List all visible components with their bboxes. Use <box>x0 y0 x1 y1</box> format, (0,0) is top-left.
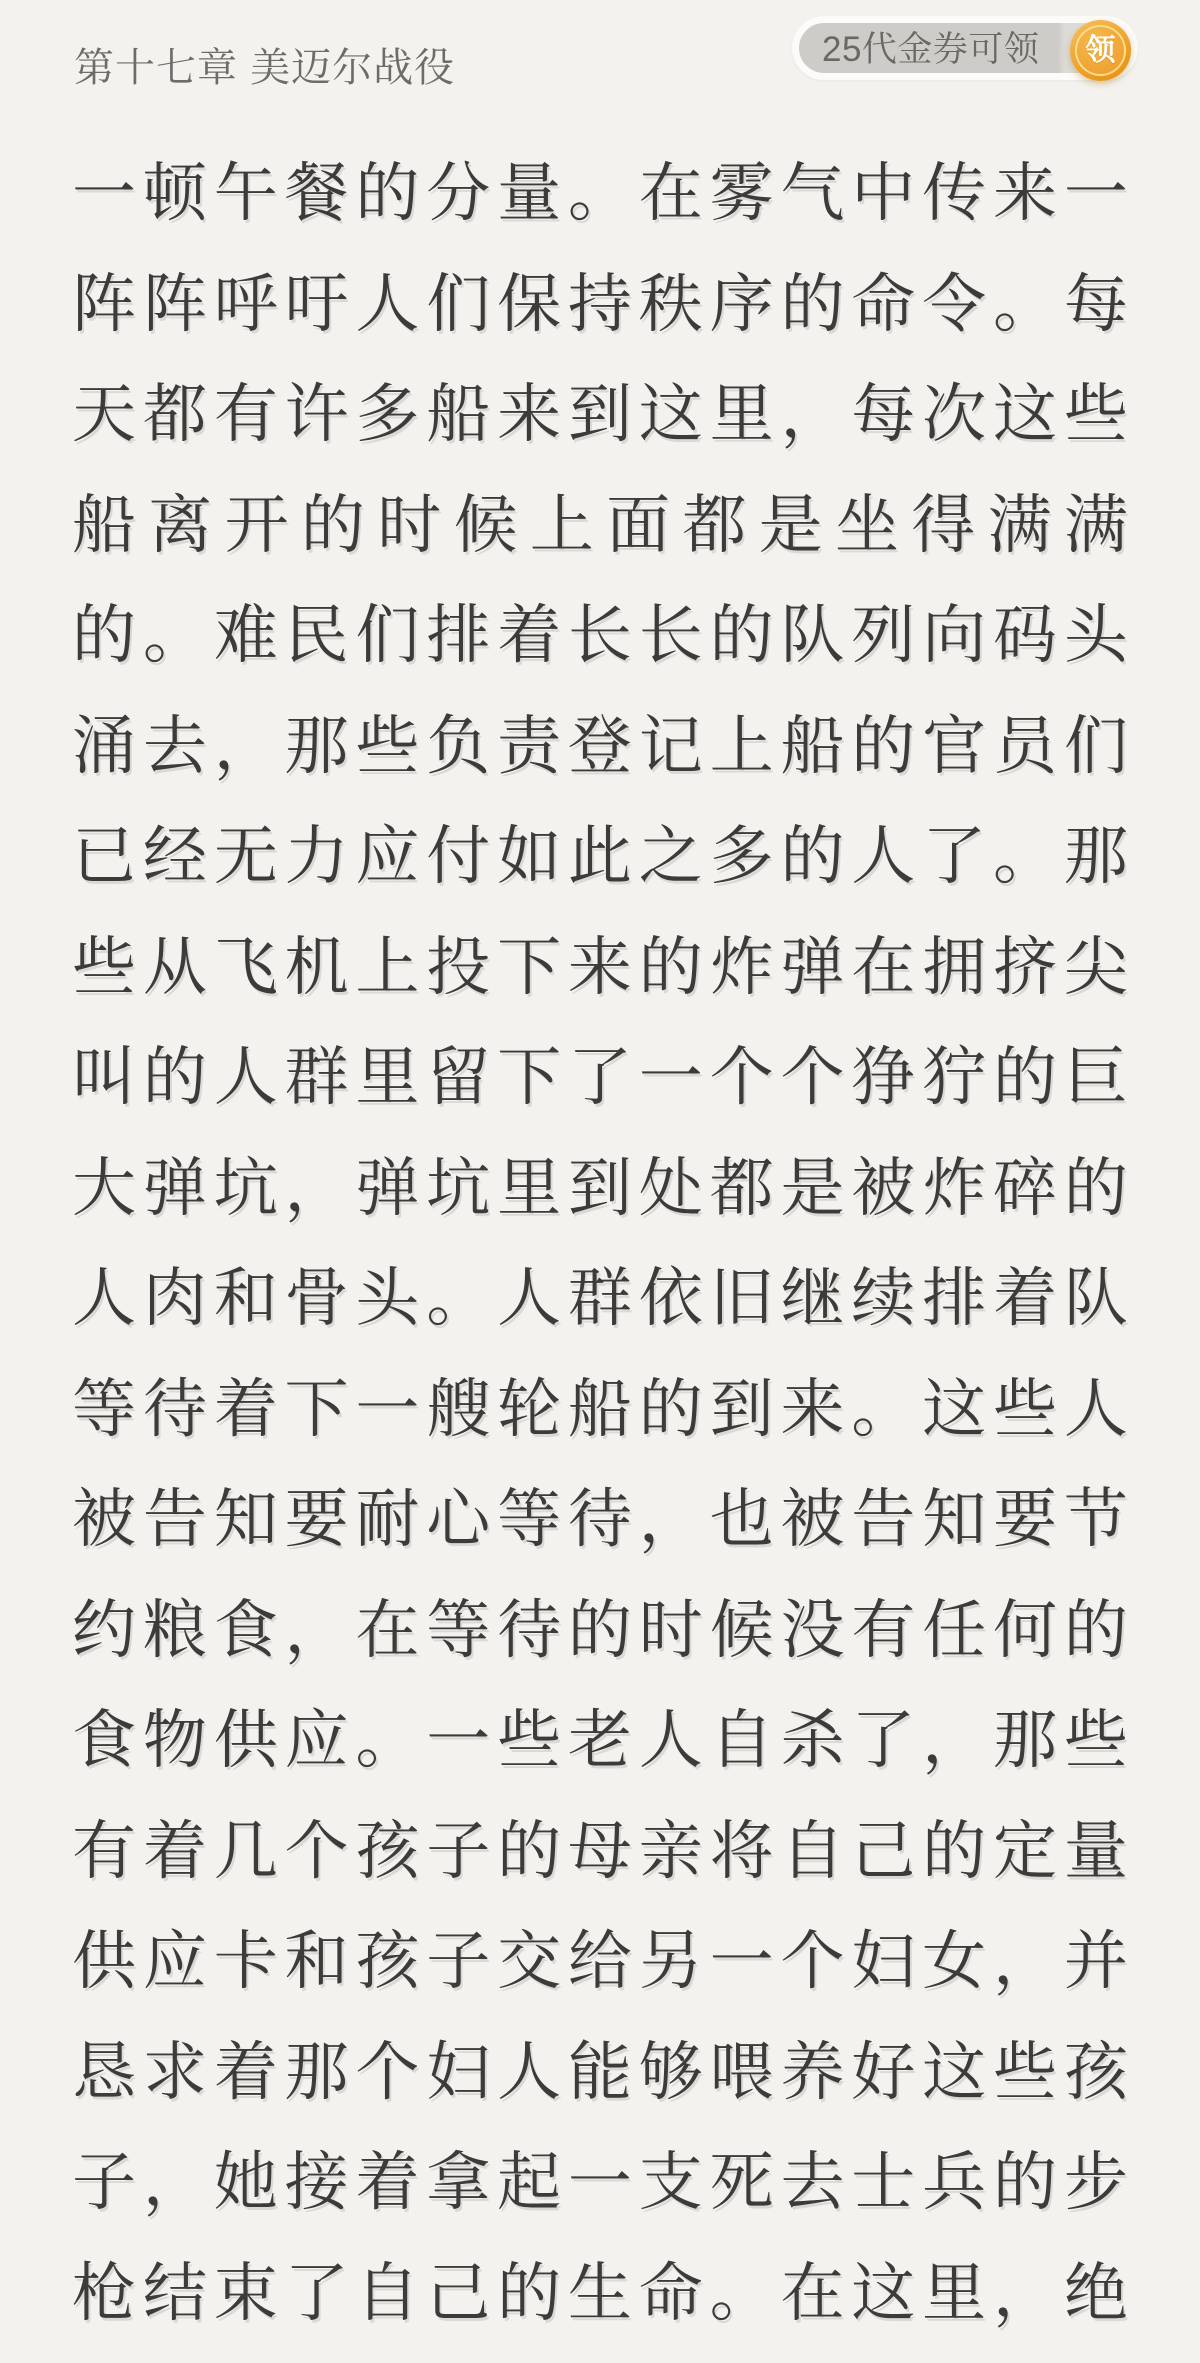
text-char: 面 <box>606 493 670 557</box>
text-char: 些 <box>355 714 419 778</box>
text-char: 上 <box>355 935 419 999</box>
text-char: 的 <box>639 935 703 999</box>
text-char: 些 <box>72 935 136 999</box>
text-char: 是 <box>780 1156 844 1220</box>
text-char: 等 <box>497 1487 561 1551</box>
text-char: 亲 <box>639 1819 703 1883</box>
text-char: 个 <box>285 1819 349 1883</box>
text-char: 另 <box>639 1929 703 1993</box>
text-char: 群 <box>568 1266 632 1330</box>
text-char: 力 <box>285 824 349 888</box>
text-char: 能 <box>568 2040 632 2104</box>
text-char: ， <box>639 1487 703 1551</box>
text-char: 也 <box>710 1487 774 1551</box>
text-char: 知 <box>214 1487 278 1551</box>
text-char: 大 <box>72 1156 136 1220</box>
text-char: 食 <box>214 1598 278 1662</box>
text-char: 耐 <box>355 1487 419 1551</box>
text-char: 。 <box>143 603 207 667</box>
text-char: 那 <box>1064 824 1128 888</box>
text-char: 上 <box>530 493 594 557</box>
text-char: 此 <box>568 824 632 888</box>
text-char: 得 <box>911 493 975 557</box>
text-char: 供 <box>72 1929 136 1993</box>
reader-page: { "page": { "background": "#f3f2ee" }, "… <box>0 0 1200 2363</box>
text-char: 已 <box>72 824 136 888</box>
text-char: 妇 <box>851 1929 915 1993</box>
text-char: ， <box>285 1598 349 1662</box>
text-char: 己 <box>426 2261 490 2325</box>
text-char: 着 <box>497 603 561 667</box>
coupon-coin-icon[interactable]: 领 <box>1070 20 1131 81</box>
text-char: 粮 <box>143 1598 207 1662</box>
text-char: 的 <box>780 824 844 888</box>
text-char: 候 <box>710 1598 774 1662</box>
text-char: 兵 <box>922 2150 986 2214</box>
text-char: 着 <box>355 2150 419 2214</box>
text-char: 些 <box>497 1708 561 1772</box>
text-char: 开 <box>225 493 289 557</box>
text-char: 炸 <box>710 935 774 999</box>
text-char: 恳 <box>72 2040 136 2104</box>
coupon-badge[interactable]: 25代金券可领 领 <box>792 16 1138 80</box>
text-char: 依 <box>639 1266 703 1330</box>
text-char: 拥 <box>922 935 986 999</box>
text-char: 多 <box>355 382 419 446</box>
text-char: 如 <box>497 824 561 888</box>
text-line: 叫的人群里留下了一个个狰狞的巨 <box>72 1022 1128 1133</box>
text-char: 母 <box>568 1819 632 1883</box>
text-char: 尖 <box>1064 935 1128 999</box>
text-char: 到 <box>710 1377 774 1441</box>
text-char: 死 <box>710 2150 774 2214</box>
text-line: 天都有许多船来到这里，每次这些 <box>72 359 1128 470</box>
text-char: 弹 <box>780 935 844 999</box>
text-char: 之 <box>639 824 703 888</box>
text-char: 弹 <box>143 1156 207 1220</box>
text-char: 的 <box>639 1377 703 1441</box>
text-char: 她 <box>214 2150 278 2214</box>
text-char: 来 <box>568 935 632 999</box>
text-char: 有 <box>214 382 278 446</box>
text-line: 约粮食，在等待的时候没有任何的 <box>72 1575 1128 1686</box>
text-char: 一 <box>72 161 136 225</box>
text-char: 拿 <box>426 2150 490 2214</box>
text-char: 留 <box>426 1045 490 1109</box>
text-line: 恳求着那个妇人能够喂养好这些孩 <box>72 2017 1128 2128</box>
text-char: 里 <box>497 1156 561 1220</box>
text-line: 人肉和骨头。人群依旧继续排着队 <box>72 1243 1128 1354</box>
text-char: 定 <box>993 1819 1057 1883</box>
text-char: 孩 <box>1064 2040 1128 2104</box>
text-char: ， <box>993 2261 1057 2325</box>
text-char: 中 <box>851 161 915 225</box>
text-char: 着 <box>214 1377 278 1441</box>
text-char: 次 <box>922 382 986 446</box>
text-char: 时 <box>639 1598 703 1662</box>
text-char: 长 <box>639 603 703 667</box>
text-char: 队 <box>1064 1266 1128 1330</box>
text-char: 保 <box>497 272 561 336</box>
text-char: 旧 <box>710 1266 774 1330</box>
text-char: 持 <box>568 272 632 336</box>
text-char: 都 <box>143 382 207 446</box>
text-char: 求 <box>143 2040 207 2104</box>
text-char: 人 <box>355 272 419 336</box>
text-char: 船 <box>72 493 136 557</box>
text-char: 们 <box>1064 714 1128 778</box>
text-line: 涌去，那些负责登记上船的官员们 <box>72 691 1128 802</box>
text-char: 吁 <box>285 272 349 336</box>
text-char: 这 <box>922 1377 986 1441</box>
text-char: 经 <box>143 824 207 888</box>
text-char: 心 <box>426 1487 490 1551</box>
text-line: 被告知要耐心等待，也被告知要节 <box>72 1464 1128 1575</box>
text-char: 群 <box>285 1045 349 1109</box>
text-char: 等 <box>72 1377 136 1441</box>
text-char: 的 <box>497 1819 561 1883</box>
text-char: 投 <box>426 935 490 999</box>
text-line: 些从飞机上投下来的炸弹在拥挤尖 <box>72 912 1128 1023</box>
text-char: 待 <box>568 1487 632 1551</box>
text-char: 都 <box>682 493 746 557</box>
coupon-label: 25代金券可领 <box>822 22 1039 72</box>
text-char: 卡 <box>214 1929 278 1993</box>
text-char: 许 <box>285 382 349 446</box>
text-char: 的 <box>1064 1156 1128 1220</box>
text-char: 。 <box>993 824 1057 888</box>
text-char: 自 <box>710 1708 774 1772</box>
text-char: 下 <box>497 935 561 999</box>
text-char: 有 <box>72 1819 136 1883</box>
text-char: 士 <box>851 2150 915 2214</box>
text-char: 任 <box>922 1598 986 1662</box>
text-char: 的 <box>851 714 915 778</box>
text-char: 孩 <box>355 1929 419 1993</box>
text-char: 告 <box>851 1487 915 1551</box>
text-char: 步 <box>1064 2150 1128 2214</box>
text-char: 食 <box>72 1708 136 1772</box>
text-char: 碎 <box>993 1156 1057 1220</box>
text-char: 待 <box>143 1377 207 1441</box>
text-char: 子 <box>426 1929 490 1993</box>
text-char: 里 <box>710 382 774 446</box>
text-char: 雾 <box>710 161 774 225</box>
text-char: 的 <box>1064 1598 1128 1662</box>
text-char: 秩 <box>639 272 703 336</box>
text-char: 令 <box>922 272 986 336</box>
text-char: 应 <box>143 1929 207 1993</box>
text-char: ， <box>922 1708 986 1772</box>
text-char: 个 <box>355 2040 419 2104</box>
text-char: 量 <box>497 161 561 225</box>
text-line: 已经无力应付如此之多的人了。那 <box>72 801 1128 912</box>
text-char: 些 <box>993 2040 1057 2104</box>
text-char: 。 <box>568 161 632 225</box>
text-char: 了 <box>285 2261 349 2325</box>
text-char: 了 <box>568 1045 632 1109</box>
text-char: 向 <box>922 603 986 667</box>
text-char: 这 <box>851 2261 915 2325</box>
text-char: 去 <box>143 714 207 778</box>
text-char: 束 <box>214 2261 278 2325</box>
text-char: 命 <box>639 2261 703 2325</box>
text-char: 人 <box>1064 1377 1128 1441</box>
text-char: 弹 <box>355 1156 419 1220</box>
reader-text-area[interactable]: 一顿午餐的分量。在雾气中传来一阵阵呼吁人们保持秩序的命令。每天都有许多船来到这里… <box>72 138 1128 2348</box>
text-char: 女 <box>922 1929 986 1993</box>
text-char: 一 <box>568 2150 632 2214</box>
text-char: 够 <box>639 2040 703 2104</box>
text-char: 。 <box>355 1708 419 1772</box>
text-char: 下 <box>285 1377 349 1441</box>
text-char: 每 <box>851 382 915 446</box>
text-char: ， <box>993 1929 1057 1993</box>
text-line: 枪结束了自己的生命。在这里，绝 <box>72 2238 1128 2349</box>
text-char: 物 <box>143 1708 207 1772</box>
text-line: 供应卡和孩子交给另一个妇女，并 <box>72 1906 1128 2017</box>
text-char: 们 <box>355 603 419 667</box>
text-char: 一 <box>1064 161 1128 225</box>
text-char: 们 <box>426 272 490 336</box>
text-char: 午 <box>214 161 278 225</box>
text-char: 来 <box>993 161 1057 225</box>
text-char: 节 <box>1064 1487 1128 1551</box>
text-char: 阵 <box>72 272 136 336</box>
text-char: 序 <box>710 272 774 336</box>
text-char: 负 <box>426 714 490 778</box>
text-char: 那 <box>285 2040 349 2104</box>
text-char: 狰 <box>851 1045 915 1109</box>
text-char: 骨 <box>285 1266 349 1330</box>
text-char: 船 <box>568 1377 632 1441</box>
text-char: 的 <box>710 603 774 667</box>
text-line: 一顿午餐的分量。在雾气中传来一 <box>72 138 1128 249</box>
text-char: 妇 <box>426 2040 490 2104</box>
text-line: 食物供应。一些老人自杀了，那些 <box>72 1685 1128 1796</box>
text-char: 登 <box>568 714 632 778</box>
text-char: 的 <box>780 272 844 336</box>
text-char: 。 <box>851 1377 915 1441</box>
text-char: 记 <box>639 714 703 778</box>
text-char: 员 <box>993 714 1057 778</box>
text-char: 是 <box>759 493 823 557</box>
text-char: 被 <box>851 1156 915 1220</box>
text-char: 的 <box>301 493 365 557</box>
text-char: 人 <box>497 2040 561 2104</box>
text-char: 支 <box>639 2150 703 2214</box>
text-char: 杀 <box>780 1708 844 1772</box>
text-line: 船离开的时候上面都是坐得满满 <box>72 470 1128 581</box>
text-char: 都 <box>710 1156 774 1220</box>
text-char: 供 <box>214 1708 278 1772</box>
text-char: 机 <box>285 935 349 999</box>
text-char: 难 <box>214 603 278 667</box>
text-char: 在 <box>780 2261 844 2325</box>
text-char: 要 <box>993 1487 1057 1551</box>
text-char: 并 <box>1064 1929 1128 1993</box>
text-char: 排 <box>426 603 490 667</box>
text-char: 上 <box>710 714 774 778</box>
text-char: 满 <box>1064 493 1128 557</box>
text-char: ， <box>780 382 844 446</box>
text-char: 绝 <box>1064 2261 1128 2325</box>
text-char: 的 <box>355 161 419 225</box>
text-char: 量 <box>1064 1819 1128 1883</box>
text-char: 命 <box>851 272 915 336</box>
text-char: 炸 <box>922 1156 986 1220</box>
text-char: 挤 <box>993 935 1057 999</box>
text-char: 的 <box>568 1598 632 1662</box>
text-char: 着 <box>214 2040 278 2104</box>
text-char: 着 <box>143 1819 207 1883</box>
text-char: 喂 <box>710 2040 774 2104</box>
text-char: 里 <box>922 2261 986 2325</box>
text-char: 从 <box>143 935 207 999</box>
text-char: 续 <box>851 1266 915 1330</box>
text-char: ， <box>214 714 278 778</box>
text-char: 些 <box>1064 382 1128 446</box>
text-char: 这 <box>922 2040 986 2104</box>
text-char: 应 <box>285 1708 349 1772</box>
text-line: 等待着下一艘轮船的到来。这些人 <box>72 1354 1128 1465</box>
text-char: 责 <box>497 714 561 778</box>
text-char: 坑 <box>426 1156 490 1220</box>
text-char: 每 <box>1064 272 1128 336</box>
text-char: 候 <box>453 493 517 557</box>
text-char: 知 <box>922 1487 986 1551</box>
chapter-title: 第十七章 美迈尔战役 <box>74 48 455 88</box>
text-char: 来 <box>497 382 561 446</box>
text-char: 船 <box>426 382 490 446</box>
text-char: 人 <box>639 1708 703 1772</box>
text-char: 无 <box>214 824 278 888</box>
text-char: 那 <box>993 1708 1057 1772</box>
text-char: 告 <box>143 1487 207 1551</box>
text-char: 老 <box>568 1708 632 1772</box>
text-char: 阵 <box>143 272 207 336</box>
text-char: 的 <box>143 1045 207 1109</box>
text-char: 头 <box>1064 603 1128 667</box>
text-char: 自 <box>355 2261 419 2325</box>
text-char: 了 <box>922 824 986 888</box>
text-char: 的 <box>497 2261 561 2325</box>
text-char: 人 <box>851 824 915 888</box>
text-char: 传 <box>922 161 986 225</box>
text-char: 长 <box>568 603 632 667</box>
text-char: 约 <box>72 1598 136 1662</box>
text-char: 艘 <box>426 1377 490 1441</box>
text-char: 交 <box>497 1929 561 1993</box>
text-line: 大弹坑，弹坑里到处都是被炸碎的 <box>72 1133 1128 1244</box>
text-char: 。 <box>426 1266 490 1330</box>
text-char: 几 <box>214 1819 278 1883</box>
text-char: 个 <box>780 1929 844 1993</box>
text-char: 人 <box>497 1266 561 1330</box>
coupon-coin-label: 领 <box>1086 36 1116 66</box>
text-char: 顿 <box>143 161 207 225</box>
text-char: 孩 <box>355 1819 419 1883</box>
text-char: 头 <box>355 1266 419 1330</box>
text-char: 餐 <box>285 161 349 225</box>
text-char: 巨 <box>1064 1045 1128 1109</box>
text-char: 继 <box>780 1266 844 1330</box>
text-char: 和 <box>285 1929 349 1993</box>
text-char: 接 <box>285 2150 349 2214</box>
text-char: 到 <box>568 1156 632 1220</box>
text-char: 坐 <box>835 493 899 557</box>
text-char: 付 <box>426 824 490 888</box>
text-char: 将 <box>710 1819 774 1883</box>
text-char: 人 <box>214 1045 278 1109</box>
text-char: 枪 <box>72 2261 136 2325</box>
text-char: 了 <box>851 1708 915 1772</box>
text-char: 肉 <box>143 1266 207 1330</box>
text-char: 码 <box>993 603 1057 667</box>
text-char: 时 <box>377 493 441 557</box>
text-char: 。 <box>710 2261 774 2325</box>
text-char: 生 <box>568 2261 632 2325</box>
text-char: 己 <box>851 1819 915 1883</box>
text-char: 着 <box>993 1266 1057 1330</box>
text-char: 没 <box>780 1598 844 1662</box>
text-char: 离 <box>148 493 212 557</box>
text-char: 天 <box>72 382 136 446</box>
text-char: 涌 <box>72 714 136 778</box>
text-char: 子 <box>426 1819 490 1883</box>
text-char: 等 <box>426 1598 490 1662</box>
text-line: 有着几个孩子的母亲将自己的定量 <box>72 1796 1128 1907</box>
text-char: 些 <box>993 1377 1057 1441</box>
text-char: 多 <box>710 824 774 888</box>
text-char: 的 <box>72 603 136 667</box>
text-char: 好 <box>851 2040 915 2104</box>
text-char: 个 <box>780 1045 844 1109</box>
text-char: 何 <box>993 1598 1057 1662</box>
text-char: 人 <box>72 1266 136 1330</box>
text-char: 坑 <box>214 1156 278 1220</box>
text-char: 的 <box>922 1819 986 1883</box>
text-char: 气 <box>780 161 844 225</box>
text-char: 被 <box>72 1487 136 1551</box>
text-char: 一 <box>355 1377 419 1441</box>
text-char: 这 <box>993 382 1057 446</box>
text-char: 应 <box>355 824 419 888</box>
text-char: 结 <box>143 2261 207 2325</box>
text-line: 的。难民们排着长长的队列向码头 <box>72 580 1128 691</box>
text-char: 狞 <box>922 1045 986 1109</box>
text-char: 满 <box>988 493 1052 557</box>
text-char: 列 <box>851 603 915 667</box>
text-char: 在 <box>851 935 915 999</box>
text-char: 排 <box>922 1266 986 1330</box>
text-char: 的 <box>993 2150 1057 2214</box>
text-char: 和 <box>214 1266 278 1330</box>
text-char: 一 <box>710 1929 774 1993</box>
text-char: 起 <box>497 2150 561 2214</box>
text-char: 分 <box>426 161 490 225</box>
text-char: 有 <box>851 1598 915 1662</box>
text-char: 呼 <box>214 272 278 336</box>
text-char: 民 <box>285 603 349 667</box>
text-char: 队 <box>780 603 844 667</box>
text-char: 要 <box>285 1487 349 1551</box>
text-char: 些 <box>1064 1708 1128 1772</box>
text-char: 官 <box>922 714 986 778</box>
text-char: 那 <box>285 714 349 778</box>
text-line: 阵阵呼吁人们保持秩序的命令。每 <box>72 249 1128 360</box>
text-char: 子 <box>72 2150 136 2214</box>
